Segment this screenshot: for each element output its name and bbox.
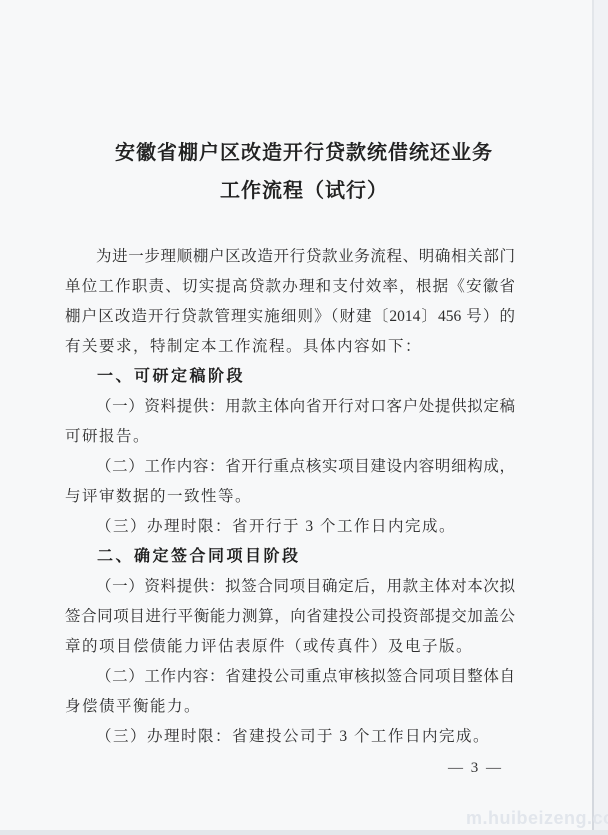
body-line: 棚户区改造开行贷款管理实施细则》（财建〔2014〕456 号）的	[65, 302, 515, 332]
body-line: 为进一步理顺棚户区改造开行贷款业务流程、明确相关部门	[65, 242, 515, 272]
document-title-line1: 安徽省棚户区改造开行贷款统借统还业务	[0, 134, 608, 172]
body-line: （三）办理时限：省开行于 3 个工作日内完成。	[65, 512, 515, 542]
document-body: 为进一步理顺棚户区改造开行贷款业务流程、明确相关部门单位工作职责、切实提高贷款办…	[65, 242, 515, 752]
body-line: 有关要求，特制定本工作流程。具体内容如下：	[65, 332, 515, 362]
body-line: 身偿债平衡能力。	[65, 692, 515, 722]
body-line: （二）工作内容：省开行重点核实项目建设内容明细构成，	[65, 452, 515, 482]
body-line: 可研报告。	[65, 422, 515, 452]
body-line: （三）办理时限：省建投公司于 3 个工作日内完成。	[65, 722, 515, 752]
page-number: — 3 —	[0, 757, 608, 779]
section-heading: 一、可研定稿阶段	[65, 362, 515, 392]
scan-page-edge-line	[592, 0, 594, 835]
scan-edge-bottom-strip	[0, 830, 608, 835]
document-title-line2: 工作流程（试行）	[0, 172, 608, 210]
body-line: 与评审数据的一致性等。	[65, 482, 515, 512]
body-line: （一）资料提供：拟签合同项目确定后，用款主体对本次拟	[65, 572, 515, 602]
document-page: 安徽省棚户区改造开行贷款统借统还业务 工作流程（试行） 为进一步理顺棚户区改造开…	[0, 0, 608, 835]
body-line: （一）资料提供：用款主体向省开行对口客户处提供拟定稿	[65, 392, 515, 422]
body-line: 签合同项目进行平衡能力测算，向省建投公司投资部提交加盖公	[65, 602, 515, 632]
watermark: m.huibeizeng.com	[466, 808, 608, 829]
body-line: （二）工作内容：省建投公司重点审核拟签合同项目整体自	[65, 662, 515, 692]
body-line: 章的项目偿债能力评估表原件（或传真件）及电子版。	[65, 632, 515, 662]
body-line: 单位工作职责、切实提高贷款办理和支付效率，根据《安徽省	[65, 272, 515, 302]
scan-edge-right-strip	[594, 0, 608, 835]
section-heading: 二、确定签合同项目阶段	[65, 542, 515, 572]
